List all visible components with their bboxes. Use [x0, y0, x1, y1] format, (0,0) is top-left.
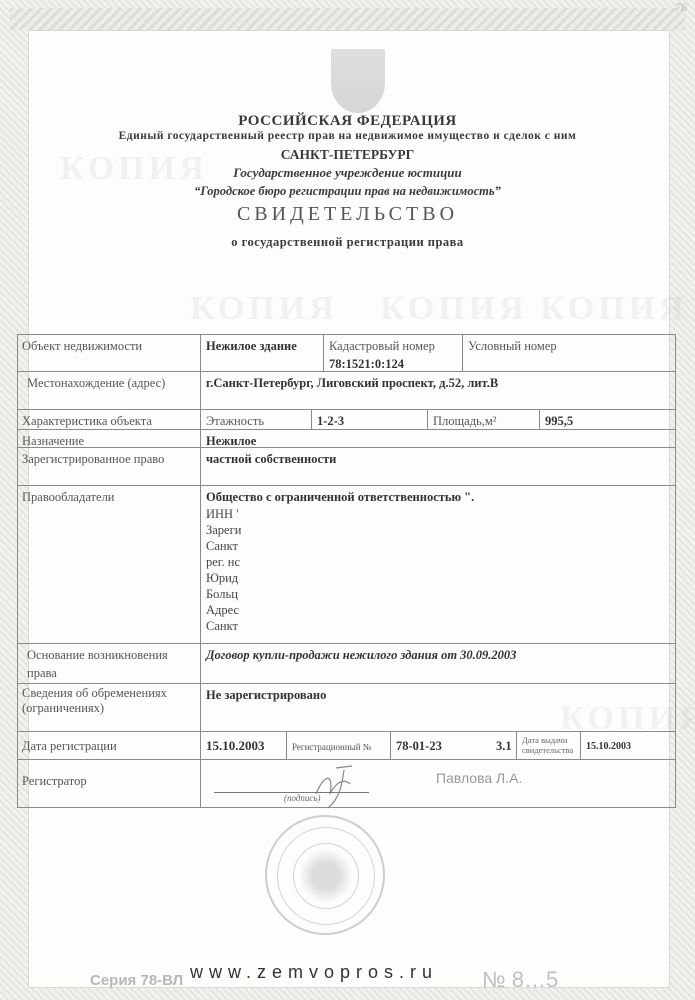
owner-line: ИНН ' — [206, 506, 670, 522]
row-characteristics: Характеристика объекта Этажность 1-2-3 П… — [18, 409, 675, 429]
issue-date-label: Дата выдачи свидетельства — [517, 732, 581, 759]
basis-value: Договор купли-продажи нежилого здания от… — [201, 644, 675, 683]
certificate-number: № 8…5 — [482, 967, 558, 993]
row-location: Местонахождение (адрес) г.Санкт-Петербур… — [18, 371, 675, 409]
watermark: КОПИЯ — [190, 290, 338, 328]
row-object: Объект недвижимости Нежилое здание Кадас… — [18, 335, 675, 371]
row-basis: Основание возникновения права Договор ку… — [18, 643, 675, 683]
basis-label: Основание возникновения права — [18, 644, 201, 683]
bureau-title: “Городское бюро регистрации прав на недв… — [0, 184, 695, 199]
series-number: Серия 78-ВЛ — [90, 972, 183, 989]
coat-of-arms-icon — [331, 49, 385, 113]
cadastral-cell: Кадастровый номер 78:1521:0:124 — [324, 335, 463, 371]
reg-number-suffix: 3.1 — [491, 732, 517, 759]
row-purpose: Назначение Нежилое — [18, 429, 675, 447]
owners-value: Общество с ограниченной ответственностью… — [201, 486, 675, 643]
page-number: 76 — [675, 0, 687, 15]
location-value: г.Санкт-Петербург, Лиговский проспект, д… — [201, 372, 675, 409]
floors-value: 1-2-3 — [312, 410, 428, 429]
country-title: РОССИЙСКАЯ ФЕДЕРАЦИЯ — [0, 113, 695, 130]
registered-right-label: Зарегистрированное право — [18, 448, 201, 485]
signature-caption: (подпись) — [284, 793, 321, 803]
owner-line: Юрид — [206, 570, 670, 586]
owner-line: Больц — [206, 586, 670, 602]
certificate-table: Объект недвижимости Нежилое здание Кадас… — [17, 334, 676, 808]
document-subtitle: о государственной регистрации права — [0, 235, 695, 250]
area-value: 995,5 — [540, 410, 675, 429]
registration-date-value: 15.10.2003 — [201, 732, 287, 759]
object-value: Нежилое здание — [201, 335, 324, 371]
encumbrances-value: Не зарегистрировано — [201, 684, 675, 731]
reg-number-label: Регистрационный № — [287, 732, 391, 759]
location-label: Местонахождение (адрес) — [18, 372, 201, 409]
floors-label: Этажность — [201, 410, 312, 429]
registrar-label: Регистратор — [18, 760, 201, 807]
decorative-band — [10, 8, 685, 30]
purpose-label: Назначение — [18, 430, 201, 447]
reg-number-value: 78-01-23 — [391, 732, 491, 759]
registration-date-label: Дата регистрации — [18, 732, 201, 759]
owner-title: Общество с ограниченной ответственностью… — [206, 488, 670, 506]
issue-date-value: 15.10.2003 — [581, 732, 675, 759]
official-seal-icon — [265, 815, 385, 935]
characteristics-label: Характеристика объекта — [18, 410, 201, 429]
cadastral-label: Кадастровый номер — [329, 337, 457, 355]
conditional-cell: Условный номер — [463, 335, 675, 371]
website-url: www.zemvopros.ru — [190, 962, 438, 983]
registry-title: Единый государственный реестр прав на не… — [0, 130, 695, 142]
row-encumbrances: Сведения об обременениях (ограничениях) … — [18, 683, 675, 731]
row-registrar: Регистратор (подпись) Павлова Л.А. — [18, 759, 675, 807]
owner-line: Зареги — [206, 522, 670, 538]
watermark: КОПИЯ — [380, 290, 528, 328]
object-label: Объект недвижимости — [18, 335, 201, 371]
owner-line: Адрес — [206, 602, 670, 618]
city-title: САНКТ-ПЕТЕРБУРГ — [0, 147, 695, 163]
owner-line: рег. нс — [206, 554, 670, 570]
purpose-value: Нежилое — [201, 430, 675, 447]
row-owners: Правообладатели Общество с ограниченной … — [18, 485, 675, 643]
owner-line: Санкт — [206, 618, 670, 634]
owners-label: Правообладатели — [18, 486, 201, 643]
registered-right-value: частной собственности — [201, 448, 675, 485]
conditional-label: Условный номер — [468, 337, 670, 355]
watermark: КОПИЯ — [540, 290, 688, 328]
area-label: Площадь,м² — [428, 410, 540, 429]
row-registration: Дата регистрации 15.10.2003 Регистрацион… — [18, 731, 675, 759]
owner-line: Санкт — [206, 538, 670, 554]
row-registered-right: Зарегистрированное право частной собстве… — [18, 447, 675, 485]
document-title: СВИДЕТЕЛЬСТВО — [0, 203, 695, 226]
encumbrances-label: Сведения об обременениях (ограничениях) — [18, 684, 201, 731]
institution-title: Государственное учреждение юстиции — [0, 165, 695, 181]
registrar-name: Павлова Л.А. — [436, 770, 522, 786]
